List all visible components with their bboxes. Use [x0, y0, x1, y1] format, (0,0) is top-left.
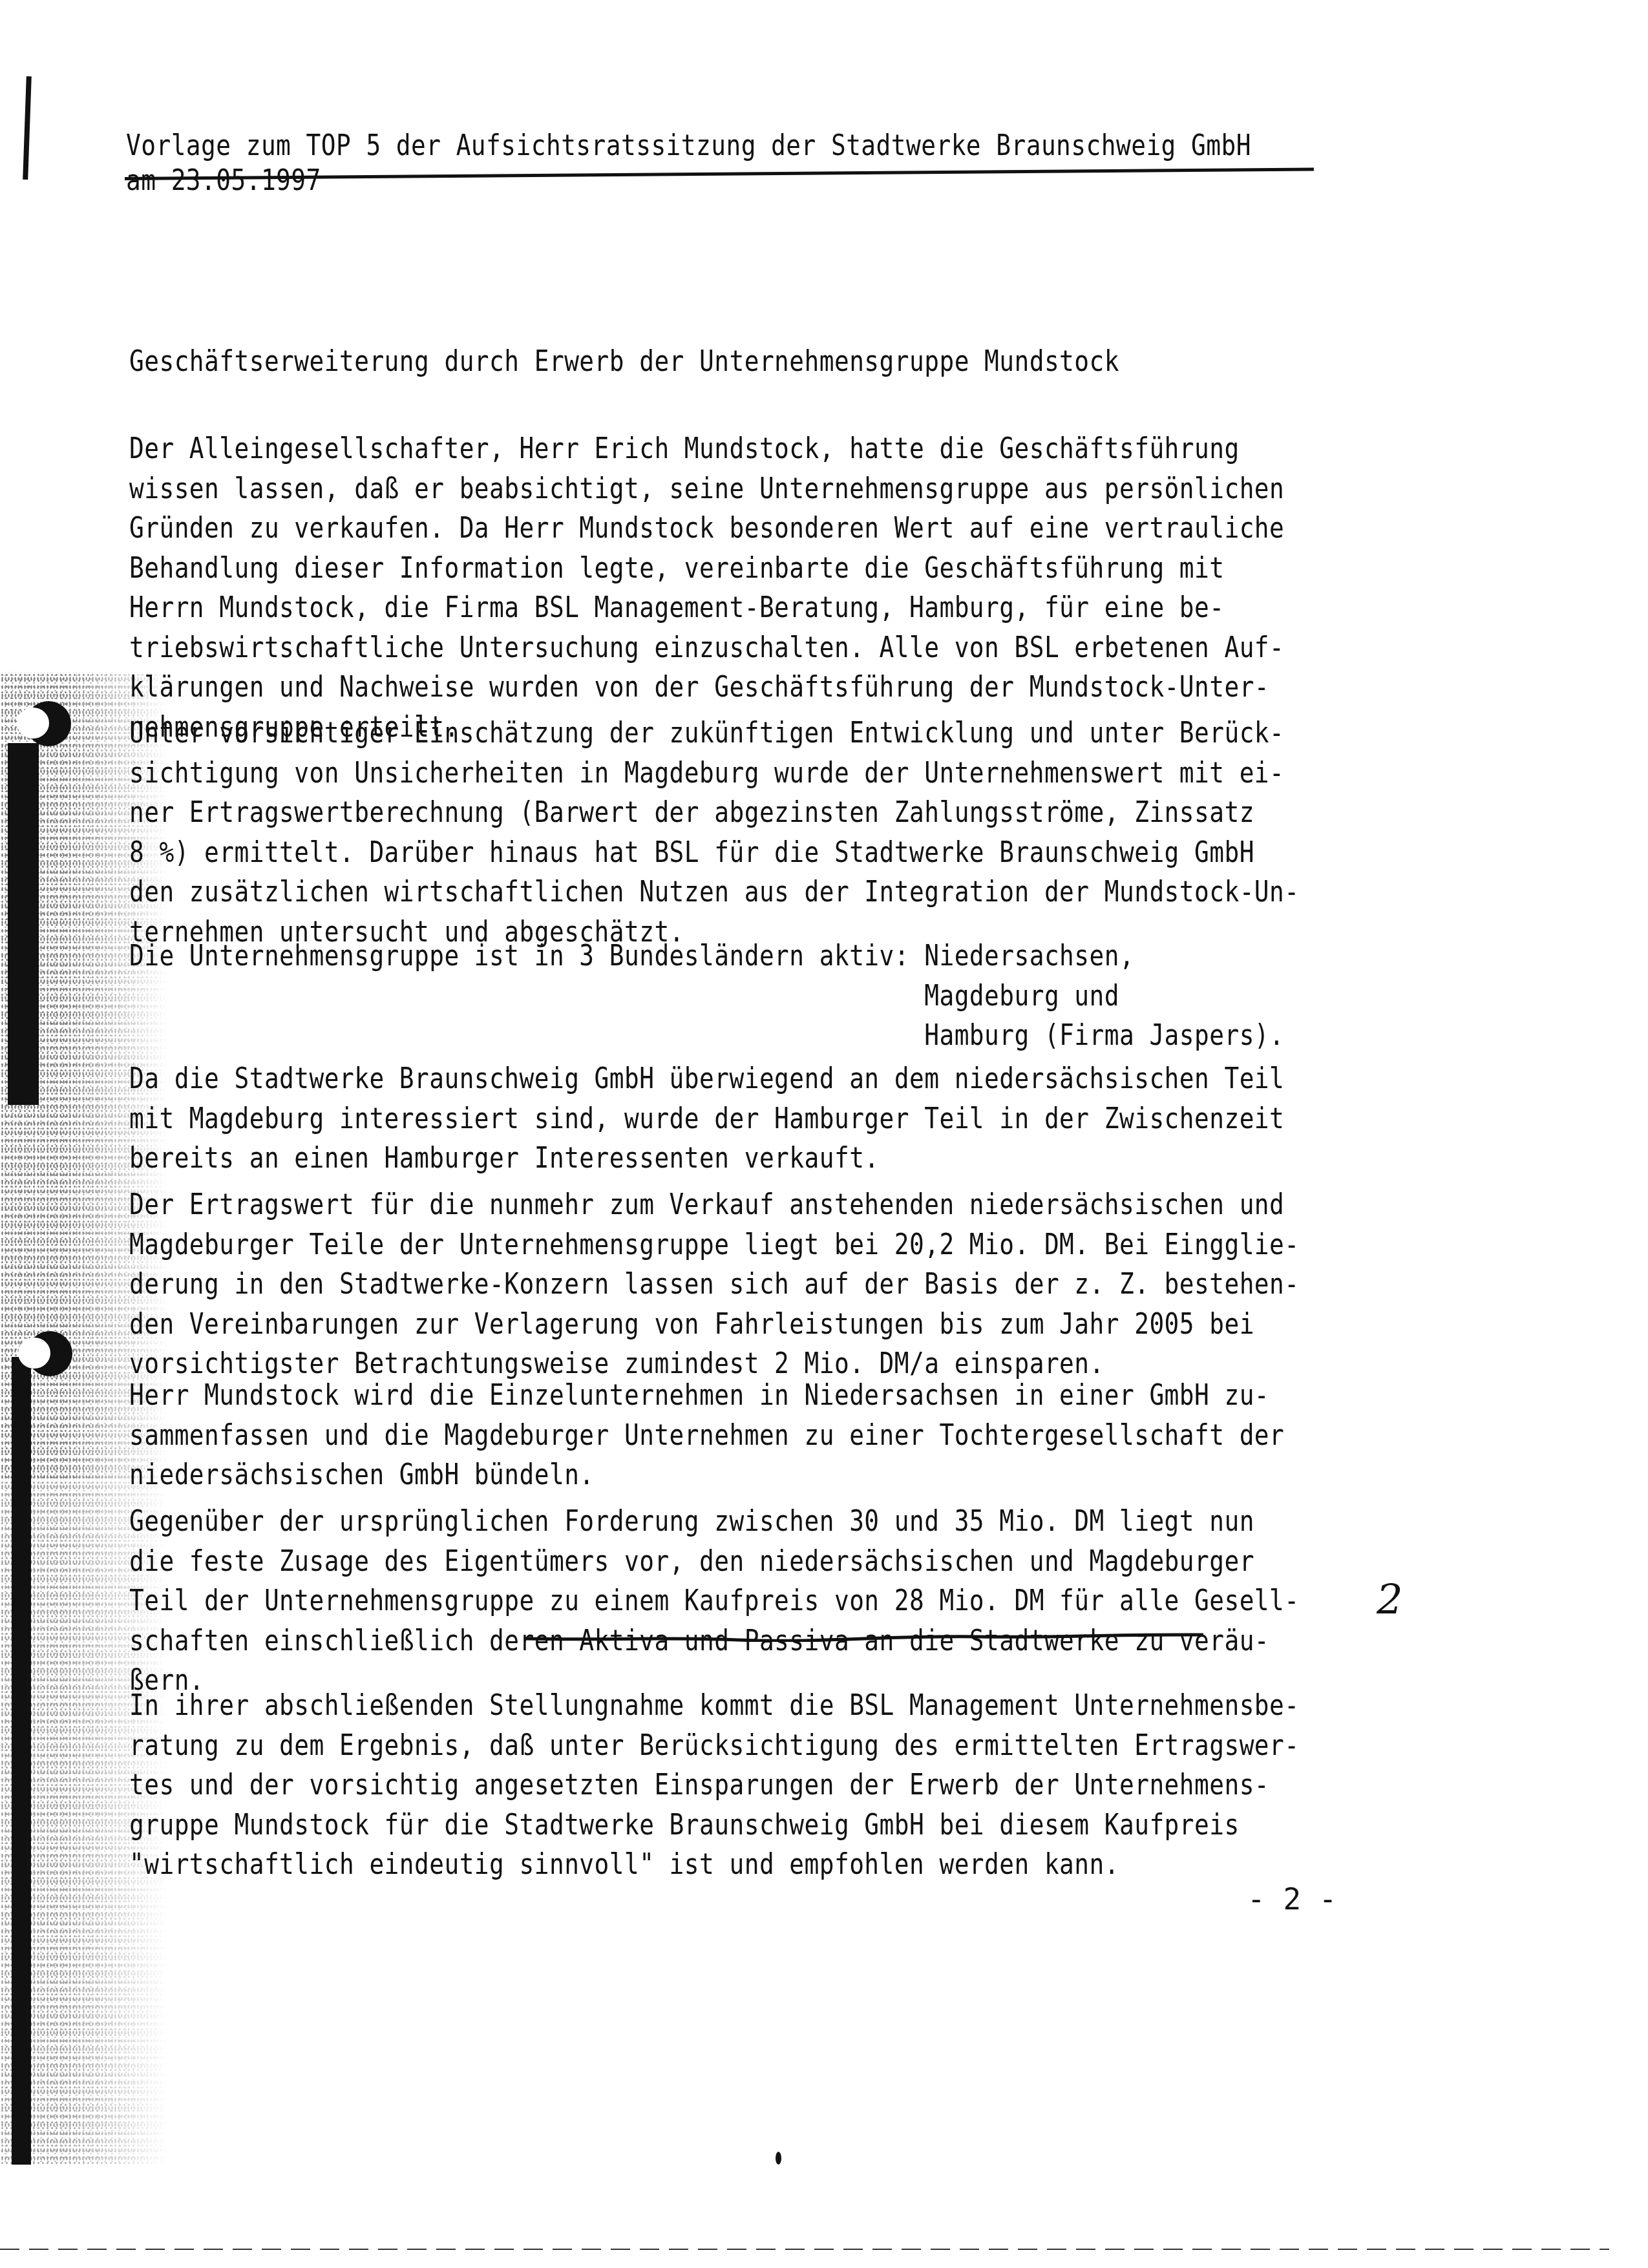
binder-shadow-upper	[8, 743, 39, 1105]
scan-bottom-edge	[0, 2249, 1609, 2250]
paragraph-2-line: 8 %) ermittelt. Darüber hinaus hat BSL f…	[129, 834, 1254, 872]
paragraph-4-line: mit Magdeburg interessiert sind, wurde d…	[129, 1100, 1284, 1139]
paragraph-7-line: Gegenüber der ursprünglichen Forderung z…	[129, 1502, 1254, 1541]
paragraph-4-line: Da die Stadtwerke Braunschweig GmbH über…	[129, 1060, 1284, 1098]
paragraph-8-line: gruppe Mundstock für die Stadtwerke Brau…	[129, 1806, 1240, 1845]
paragraph-3-line: Die Unternehmensgruppe ist in 3 Bundeslä…	[129, 937, 1134, 976]
margin-pen-mark	[23, 76, 32, 180]
paragraph-8-line: tes und der vorsichtig angesetzten Einsp…	[129, 1766, 1269, 1805]
paragraph-1-line: wissen lassen, daß er beabsichtigt, sein…	[129, 470, 1284, 509]
paragraph-3-line: Magdeburg und	[129, 977, 1119, 1016]
paragraph-5-line: den Vereinbarungen zur Verlagerung von F…	[129, 1305, 1254, 1344]
handwritten-underline	[525, 1633, 1203, 1642]
paragraph-6-line: sammenfassen und die Magdeburger Unterne…	[129, 1416, 1284, 1455]
paragraph-8-line: "wirtschaftlich eindeutig sinnvoll" ist …	[129, 1845, 1119, 1884]
paragraph-1-line: Gründen zu verkaufen. Da Herr Mundstock …	[129, 509, 1284, 548]
paragraph-1-line: triebswirtschaftliche Untersuchung einzu…	[129, 629, 1284, 667]
paragraph-8-line: ratung zu dem Ergebnis, daß unter Berück…	[129, 1727, 1300, 1765]
paragraph-5-line: derung in den Stadtwerke-Konzern lassen …	[129, 1265, 1300, 1304]
paragraph-2-line: den zusätzlichen wirtschaftlichen Nutzen…	[129, 873, 1300, 912]
punch-hole-lower	[27, 1331, 72, 1376]
document-page: Vorlage zum TOP 5 der Aufsichtsratssitzu…	[0, 0, 1648, 2268]
scan-speck	[776, 2152, 781, 2165]
paragraph-7-line: Teil der Unternehmensgruppe zu einem Kau…	[129, 1582, 1300, 1621]
paragraph-2-line: Unter vorsichtiger Einschätzung der zukü…	[129, 714, 1284, 753]
paragraph-1-line: klärungen und Nachweise wurden von der G…	[129, 668, 1269, 707]
header-date: am 23.05.1997	[126, 162, 321, 200]
paragraph-2-line: sichtigung von Unsicherheiten in Magdebu…	[129, 754, 1284, 793]
punch-hole-upper	[26, 701, 71, 746]
margin-annotation: 2	[1377, 1577, 1403, 1624]
header-line-1: Vorlage zum TOP 5 der Aufsichtsratssitzu…	[126, 127, 1251, 165]
paragraph-8-line: In ihrer abschließenden Stellungnahme ko…	[129, 1686, 1300, 1725]
paragraph-4-line: bereits an einen Hamburger Interessenten…	[129, 1139, 880, 1178]
binder-shadow-lower	[12, 1357, 31, 2165]
paragraph-6-line: niedersächsischen GmbH bündeln.	[129, 1456, 595, 1495]
paragraph-3-line: Hamburg (Firma Jaspers).	[129, 1016, 1284, 1055]
document-title: Geschäftserweiterung durch Erwerb der Un…	[129, 342, 1119, 381]
paragraph-1-line: Behandlung dieser Information legte, ver…	[129, 549, 1224, 588]
paragraph-1-line: Der Alleingesellschafter, Herr Erich Mun…	[129, 430, 1240, 468]
paragraph-5-line: Magdeburger Teile der Unternehmensgruppe…	[129, 1226, 1300, 1265]
page-number: - 2 -	[1247, 1882, 1336, 1916]
paragraph-2-line: ner Ertragswertberechnung (Barwert der a…	[129, 793, 1254, 832]
paragraph-5-line: Der Ertragswert für die nunmehr zum Verk…	[129, 1186, 1284, 1224]
paragraph-7-line: die feste Zusage des Eigentümers vor, de…	[129, 1542, 1254, 1581]
paragraph-1-line: Herrn Mundstock, die Firma BSL Managemen…	[129, 589, 1224, 627]
paragraph-6-line: Herr Mundstock wird die Einzelunternehme…	[129, 1376, 1269, 1415]
